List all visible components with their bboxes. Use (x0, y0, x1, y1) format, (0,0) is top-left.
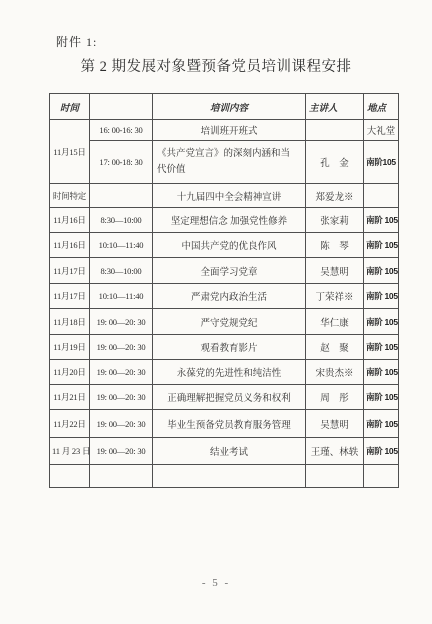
content-cell: 永葆党的先进性和纯洁性 (153, 360, 306, 385)
speaker-cell: 吴慧明 (306, 258, 364, 284)
location-cell: 南阶 105 (364, 233, 399, 258)
table-row: 11月15日 16: 00-16: 30 培训班开班式 大礼堂 (50, 120, 399, 141)
time-cell (90, 184, 153, 208)
location-cell: 南阶 105 (364, 258, 399, 284)
content-cell: 全面学习党章 (153, 258, 306, 284)
location-cell: 南阶 105 (364, 335, 399, 360)
date-cell: 11月18日 (50, 309, 90, 335)
table-row: 11月22日 19: 00—20: 30 毕业生预备党员教育服务管理 吴慧明 南… (50, 410, 399, 438)
date-cell (50, 465, 90, 488)
speaker-cell: 王瑾、林轶 (306, 438, 364, 465)
date-cell: 11月15日 (50, 120, 90, 184)
date-cell: 11月16日 (50, 208, 90, 233)
time-cell: 19: 00—20: 30 (90, 438, 153, 465)
time-cell: 17: 00-18: 30 (90, 141, 153, 184)
header-content: 培训内容 (153, 94, 306, 120)
location-cell: 南阶 105 (364, 284, 399, 309)
content-cell: 严肃党内政治生活 (153, 284, 306, 309)
date-cell: 11 月 23 日 (50, 438, 90, 465)
speaker-cell: 郑爱龙※ (306, 184, 364, 208)
time-cell: 10:10—11:40 (90, 233, 153, 258)
location-cell: 南阶105 (364, 141, 399, 184)
speaker-cell (306, 465, 364, 488)
time-cell: 8:30—10:00 (90, 258, 153, 284)
location-cell: 大礼堂 (364, 120, 399, 141)
date-cell: 11月21日 (50, 385, 90, 410)
content-cell (153, 465, 306, 488)
header-location: 地点 (364, 94, 399, 120)
attachment-label: 附件 1: (56, 33, 97, 50)
table-row: 11 月 23 日 19: 00—20: 30 结业考试 王瑾、林轶 南阶 10… (50, 438, 399, 465)
time-cell: 19: 00—20: 30 (90, 385, 153, 410)
date-cell: 时间特定 (50, 184, 90, 208)
date-cell: 11月17日 (50, 258, 90, 284)
table-row: 11月17日 10:10—11:40 严肃党内政治生活 丁荣祥※ 南阶 105 (50, 284, 399, 309)
table-row: 11月18日 19: 00—20: 30 严守党规党纪 华仁康 南阶 105 (50, 309, 399, 335)
speaker-cell: 华仁康 (306, 309, 364, 335)
date-cell: 11月22日 (50, 410, 90, 438)
content-cell: 中国共产党的优良作风 (153, 233, 306, 258)
document-page: 附件 1: 第 2 期发展对象暨预备党员培训课程安排 时间 培训内容 主讲人 地… (0, 0, 432, 624)
speaker-cell: 孔 金 (306, 141, 364, 184)
time-cell: 10:10—11:40 (90, 284, 153, 309)
content-cell: 十九届四中全会精神宣讲 (153, 184, 306, 208)
content-cell: 严守党规党纪 (153, 309, 306, 335)
content-cell: 坚定理想信念 加强党性修养 (153, 208, 306, 233)
table-row: 11月21日 19: 00—20: 30 正确理解把握党员义务和权利 周 彤 南… (50, 385, 399, 410)
location-cell: 南阶 105 (364, 385, 399, 410)
location-cell: 南阶 105 (364, 360, 399, 385)
speaker-cell: 赵 聚 (306, 335, 364, 360)
time-cell: 19: 00—20: 30 (90, 410, 153, 438)
time-cell: 16: 00-16: 30 (90, 120, 153, 141)
schedule-table: 时间 培训内容 主讲人 地点 11月15日 16: 00-16: 30 培训班开… (49, 93, 399, 488)
time-cell: 8:30—10:00 (90, 208, 153, 233)
time-cell: 19: 00—20: 30 (90, 360, 153, 385)
page-number: - 5 - (0, 577, 432, 589)
date-cell: 11月16日 (50, 233, 90, 258)
content-cell: 观看教育影片 (153, 335, 306, 360)
location-cell (364, 184, 399, 208)
speaker-cell: 张家莉 (306, 208, 364, 233)
speaker-cell: 吴慧明 (306, 410, 364, 438)
header-date: 时间 (50, 94, 90, 120)
table-row: 11月19日 19: 00—20: 30 观看教育影片 赵 聚 南阶 105 (50, 335, 399, 360)
location-cell: 南阶 105 (364, 438, 399, 465)
header-time (90, 94, 153, 120)
time-cell: 19: 00—20: 30 (90, 335, 153, 360)
table-row: 11月16日 8:30—10:00 坚定理想信念 加强党性修养 张家莉 南阶 1… (50, 208, 399, 233)
table-header-row: 时间 培训内容 主讲人 地点 (50, 94, 399, 120)
date-cell: 11月17日 (50, 284, 90, 309)
content-cell: 正确理解把握党员义务和权利 (153, 385, 306, 410)
location-cell: 南阶 105 (364, 309, 399, 335)
page-title: 第 2 期发展对象暨预备党员培训课程安排 (0, 55, 432, 76)
speaker-cell: 丁荣祥※ (306, 284, 364, 309)
speaker-cell: 陈 琴 (306, 233, 364, 258)
table-row: 17: 00-18: 30 《共产党宣言》的深刻内涵和当代价值 孔 金 南阶10… (50, 141, 399, 184)
location-cell: 南阶 105 (364, 410, 399, 438)
location-cell (364, 465, 399, 488)
table-row: 时间特定 十九届四中全会精神宣讲 郑爱龙※ (50, 184, 399, 208)
speaker-cell: 周 彤 (306, 385, 364, 410)
speaker-cell: 宋贵杰※ (306, 360, 364, 385)
content-cell: 结业考试 (153, 438, 306, 465)
time-cell: 19: 00—20: 30 (90, 309, 153, 335)
table-row: 11月17日 8:30—10:00 全面学习党章 吴慧明 南阶 105 (50, 258, 399, 284)
speaker-cell (306, 120, 364, 141)
content-cell: 《共产党宣言》的深刻内涵和当代价值 (153, 141, 306, 184)
date-cell: 11月20日 (50, 360, 90, 385)
table-row: 11月16日 10:10—11:40 中国共产党的优良作风 陈 琴 南阶 105 (50, 233, 399, 258)
date-cell: 11月19日 (50, 335, 90, 360)
content-cell: 毕业生预备党员教育服务管理 (153, 410, 306, 438)
time-cell (90, 465, 153, 488)
location-cell: 南阶 105 (364, 208, 399, 233)
table-row (50, 465, 399, 488)
header-speaker: 主讲人 (306, 94, 364, 120)
content-cell: 培训班开班式 (153, 120, 306, 141)
table-row: 11月20日 19: 00—20: 30 永葆党的先进性和纯洁性 宋贵杰※ 南阶… (50, 360, 399, 385)
